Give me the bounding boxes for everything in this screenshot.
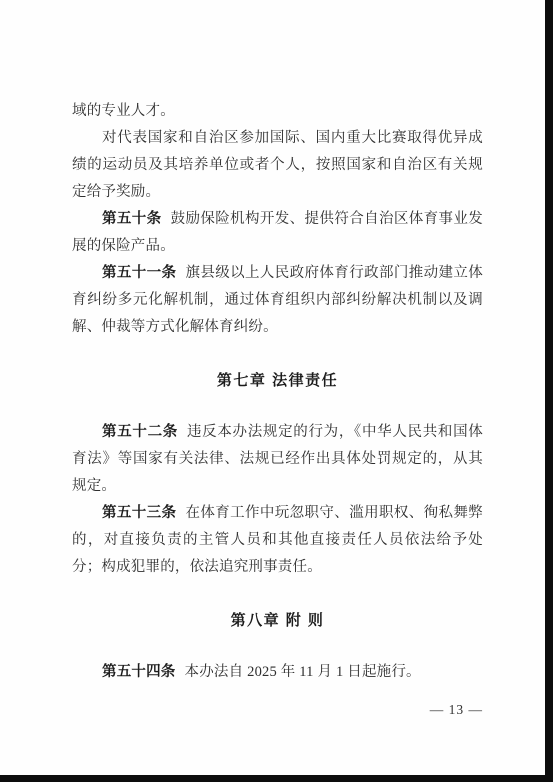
paragraph-text: 对代表国家和自治区参加国际、国内重大比赛取得优异成绩的运动员及其培养单位或者个人… <box>72 130 483 200</box>
article-53: 第五十三条在体育工作中玩忽职守、滥用职权、徇私舞弊的，对直接负责的主管人员和其他… <box>72 500 483 581</box>
article-51: 第五十一条旗县级以上人民政府体育行政部门推动建立体育纠纷多元化解机制，通过体育组… <box>72 260 483 341</box>
paragraph-text: 域的专业人才。 <box>72 103 175 119</box>
article-54-text: 本办法自 2025 年 11 月 1 日起施行。 <box>185 664 421 680</box>
scan-border-right <box>545 0 553 782</box>
chapter-8-heading: 第八章 附 则 <box>72 607 483 634</box>
article-52-number: 第五十二条 <box>102 424 178 440</box>
article-53-number: 第五十三条 <box>102 505 176 521</box>
paragraph-continuation: 域的专业人才。 <box>72 98 483 125</box>
scan-border-bottom <box>0 775 553 782</box>
article-54-number: 第五十四条 <box>102 664 176 680</box>
article-51-number: 第五十一条 <box>102 265 176 281</box>
page-number: — 13 — <box>72 696 483 723</box>
article-50: 第五十条鼓励保险机构开发、提供符合自治区体育事业发展的保险产品。 <box>72 206 483 260</box>
chapter-7-heading: 第七章 法律责任 <box>72 367 483 394</box>
document-body: 域的专业人才。 对代表国家和自治区参加国际、国内重大比赛取得优异成绩的运动员及其… <box>72 98 483 723</box>
article-54: 第五十四条本办法自 2025 年 11 月 1 日起施行。 <box>72 659 483 686</box>
article-52: 第五十二条违反本办法规定的行为，《中华人民共和国体育法》等国家有关法律、法规已经… <box>72 419 483 500</box>
article-50-number: 第五十条 <box>102 211 162 227</box>
paragraph-reward: 对代表国家和自治区参加国际、国内重大比赛取得优异成绩的运动员及其培养单位或者个人… <box>72 125 483 206</box>
document-page: 域的专业人才。 对代表国家和自治区参加国际、国内重大比赛取得优异成绩的运动员及其… <box>0 0 553 782</box>
